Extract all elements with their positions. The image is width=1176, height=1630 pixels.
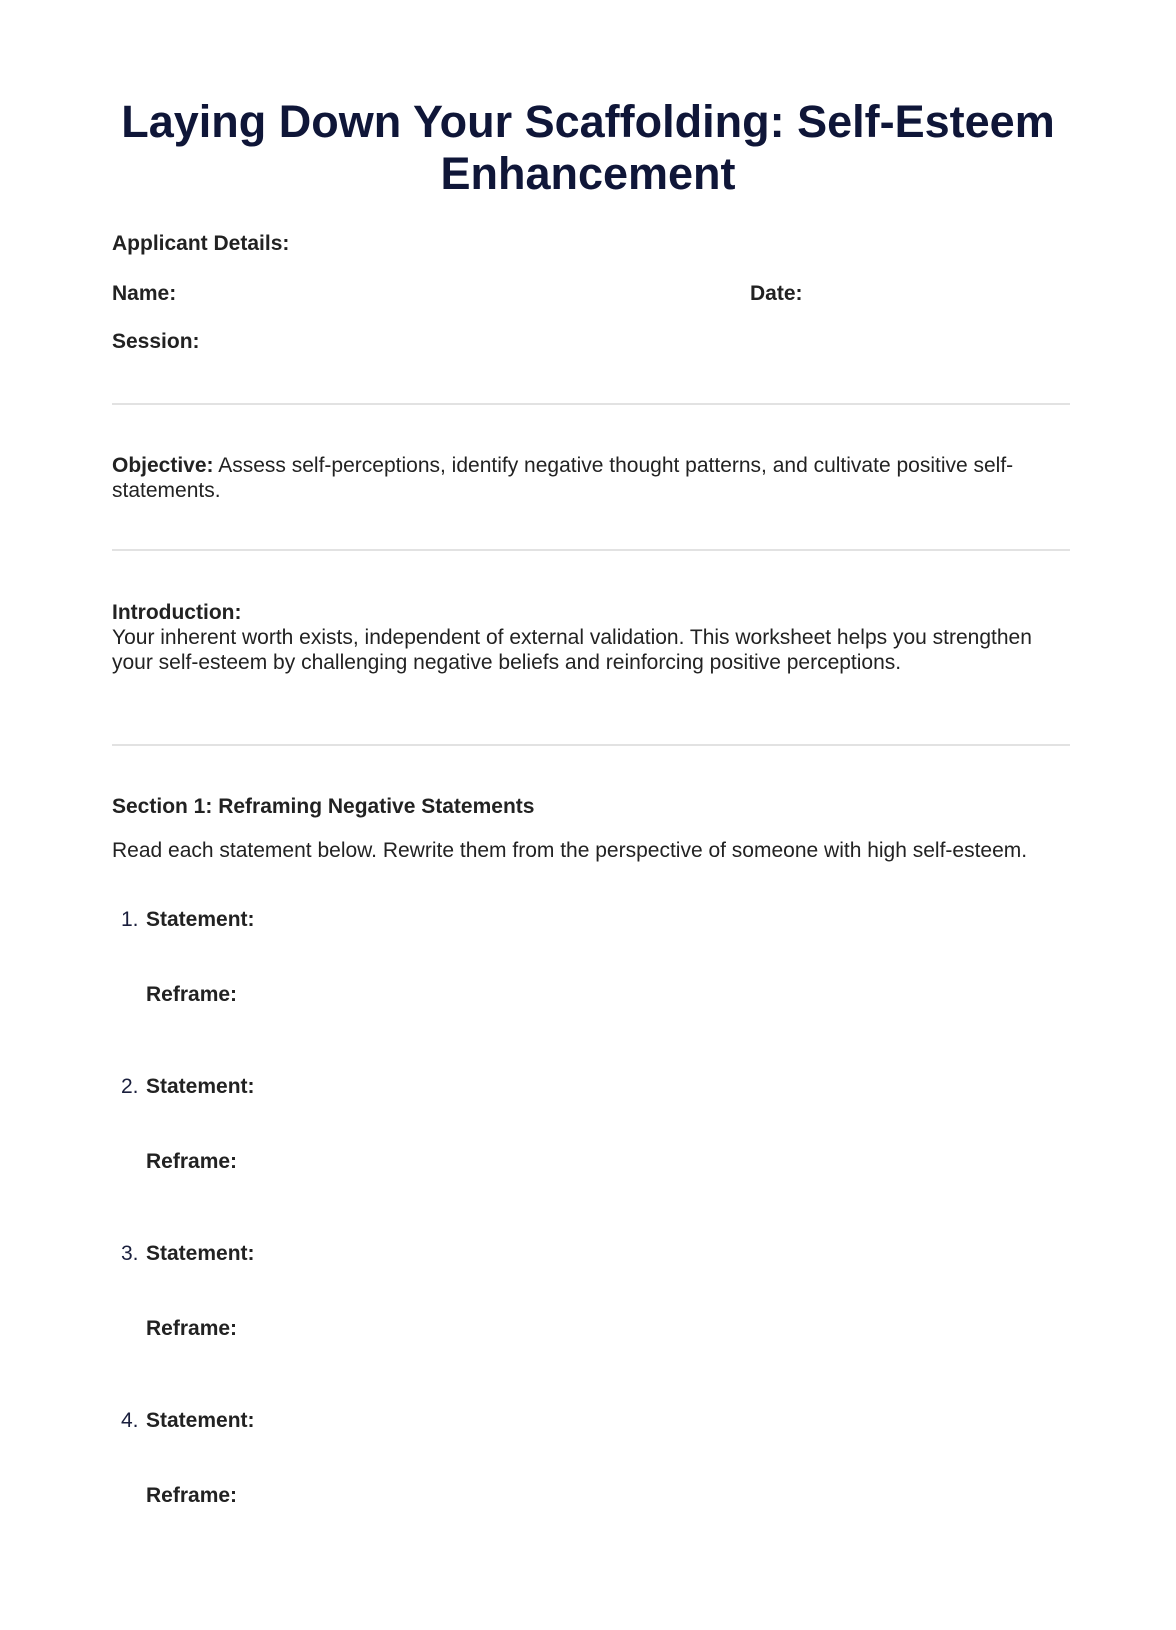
list-item-number: 1. [121,907,139,933]
divider [112,549,1070,551]
list-item-number: 4. [121,1408,139,1434]
statement-label: Statement: [146,1241,255,1267]
date-label: Date: [750,281,803,307]
list-item-number: 3. [121,1241,139,1267]
objective-paragraph: Objective: Assess self-perceptions, iden… [112,453,1062,503]
introduction-text: Your inherent worth exists, independent … [112,625,1062,675]
page-title: Laying Down Your Scaffolding: Self-Estee… [80,96,1096,200]
reframe-label: Reframe: [146,982,237,1008]
section-1-heading: Section 1: Reframing Negative Statements [112,794,534,820]
introduction-label: Introduction: [112,600,1062,625]
reframe-label: Reframe: [146,1149,237,1175]
objective-label: Objective: [112,454,214,477]
applicant-details-heading: Applicant Details: [112,231,289,257]
introduction-paragraph: Introduction: Your inherent worth exists… [112,600,1062,675]
statement-label: Statement: [146,1074,255,1100]
list-item-number: 2. [121,1074,139,1100]
objective-text: Assess self-perceptions, identify negati… [112,454,1013,502]
reframe-label: Reframe: [146,1483,237,1509]
section-1-instructions: Read each statement below. Rewrite them … [112,838,1032,863]
worksheet-page: Laying Down Your Scaffolding: Self-Estee… [0,0,1176,1630]
divider [112,403,1070,405]
name-label: Name: [112,281,176,307]
statement-label: Statement: [146,1408,255,1434]
reframe-label: Reframe: [146,1316,237,1342]
session-label: Session: [112,329,200,355]
statement-label: Statement: [146,907,255,933]
divider [112,744,1070,746]
